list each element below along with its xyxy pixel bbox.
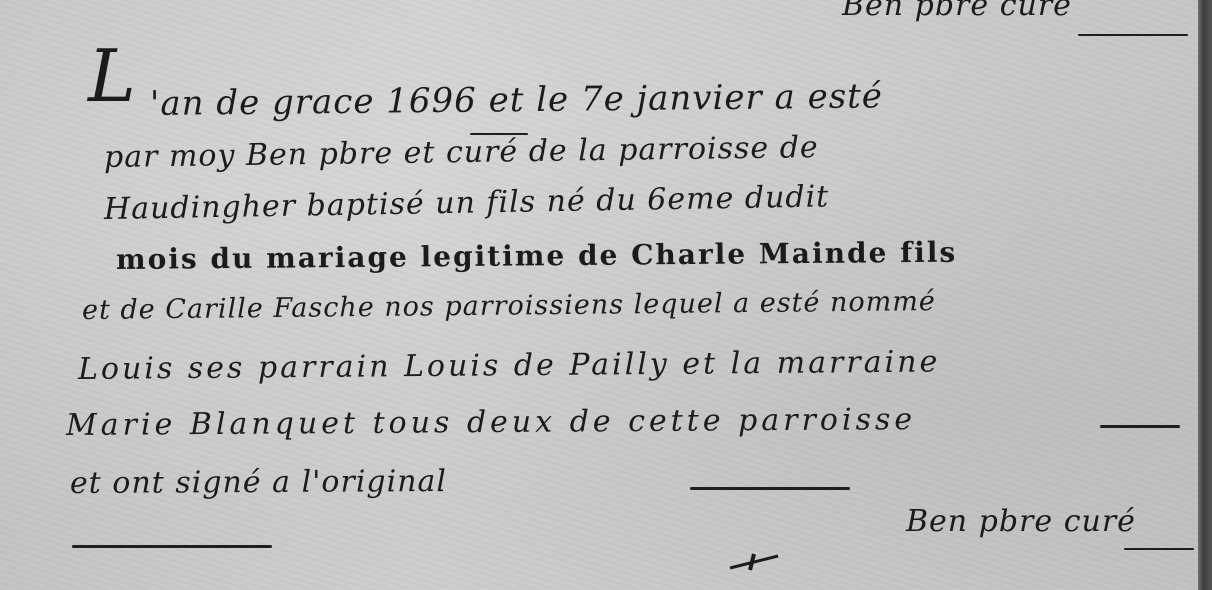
page-binding-edge: [1198, 0, 1212, 590]
record-line-2: par moy Ben pbre et curé de la parroisse…: [104, 130, 819, 175]
record-end-underline: [72, 545, 272, 548]
document-scan: Ben pbre curé L 'an de grace 1696 et le …: [0, 0, 1212, 590]
closing-signature-underline: [1124, 548, 1194, 550]
closing-signature: Ben pbre curé: [906, 504, 1136, 539]
line-7-flourish: [1100, 425, 1180, 428]
initial-letter: L: [88, 40, 136, 112]
record-line-7: Marie Blanquet tous deux de cette parroi…: [66, 402, 916, 443]
line-8-flourish: [690, 487, 850, 490]
record-line-3: Haudingher baptisé un fils né du 6eme du…: [104, 179, 830, 227]
cross-mark-icon: [728, 552, 780, 572]
record-line-8: et ont signé a l'original: [70, 464, 447, 501]
header-signature: Ben pbre curé: [842, 0, 1072, 23]
record-line-1: 'an de grace 1696 et le 7e janvier a est…: [150, 76, 883, 124]
record-line-4: mois du mariage legitime de Charle Maind…: [116, 236, 957, 276]
record-line-5: et de Carille Fasche nos parroissiens le…: [82, 286, 936, 326]
header-signature-underline: [1078, 34, 1188, 36]
record-line-6: Louis ses parrain Louis de Pailly et la …: [78, 344, 941, 387]
